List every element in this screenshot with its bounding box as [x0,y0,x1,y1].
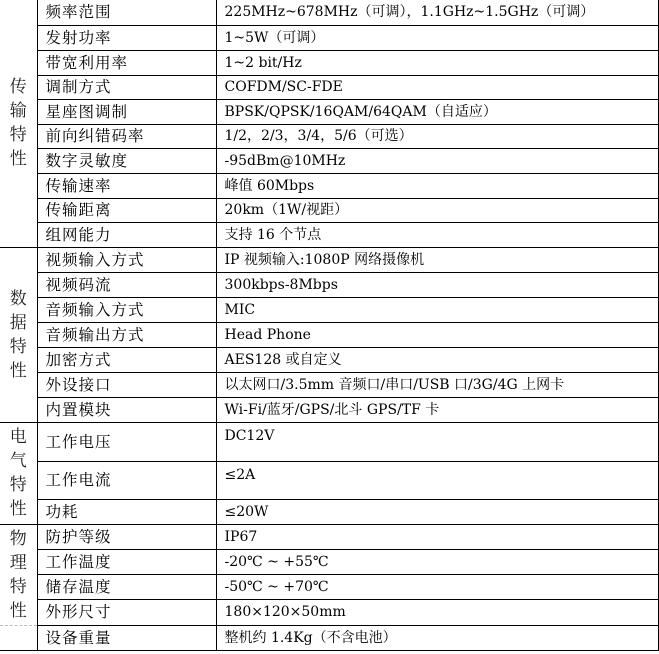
spec-value: 20km（1W/视距） [216,198,658,222]
table-row: 调制方式 COFDM/SC-FDE [0,75,658,99]
category-data: 数 据 特 性 [0,247,37,422]
spec-name: 调制方式 [37,75,216,99]
category-char: 特 [0,335,37,359]
spec-name: 发射功率 [37,25,216,50]
table-row: 工作温度 -20℃ ~ +55℃ [0,549,658,574]
table-row: 外设接口 以太网口/3.5mm 音频口/串口/USB 口/3G/4G 上网卡 [0,372,658,397]
spec-value: BPSK/QPSK/16QAM/64QAM（自适应） [216,99,658,124]
spec-value: 峰值 60Mbps [216,173,658,198]
spec-name: 带宽利用率 [37,50,216,75]
spec-name: 传输速率 [37,173,216,198]
spec-value: 225MHz~678MHz（可调），1.1GHz~1.5GHz（可调） [216,0,658,25]
spec-name: 防护等级 [37,524,216,549]
spec-name: 前向纠错码率 [37,124,216,148]
spec-value: ≤2A [216,461,658,499]
table-row: 发射功率 1~5W（可调） [0,25,658,50]
spec-name: 外设接口 [37,372,216,397]
spec-name: 内置模块 [37,397,216,422]
category-char: 数 [0,287,37,311]
table-row: 外形尺寸 180×120×50mm [0,599,658,625]
spec-value: Head Phone [216,322,658,347]
spec-value: DC12V [216,422,658,461]
spec-name: 音频输入方式 [37,297,216,322]
category-char: 特 [0,575,37,599]
table-row: 物 理 特 性 防护等级 IP67 [0,524,658,549]
category-char: 性 [0,497,37,521]
table-row: 设备重量 整机约 1.4Kg（不含电池） [0,625,658,650]
spec-name: 加密方式 [37,347,216,372]
table-row: 组网能力 支持 16 个节点 [0,222,658,247]
spec-value: Wi-Fi/蓝牙/GPS/北斗 GPS/TF 卡 [216,397,658,422]
spec-value: COFDM/SC-FDE [216,75,658,99]
category-char: 理 [0,551,37,575]
spec-name: 视频码流 [37,272,216,297]
category-blank [0,625,37,650]
table-row: 视频码流 300kbps-8Mbps [0,272,658,297]
spec-value: IP67 [216,524,658,549]
table-row: 传输距离 20km（1W/视距） [0,198,658,222]
spec-value: ≤20W [216,499,658,524]
table-row: 工作电流 ≤2A [0,461,658,499]
spec-name: 音频输出方式 [37,322,216,347]
spec-value: -95dBm@10MHz [216,148,658,173]
spec-name: 传输距离 [37,198,216,222]
table-row: 前向纠错码率 1/2，2/3，3/4，5/6（可选） [0,124,658,148]
category-char: 物 [0,527,37,551]
spec-value: 整机约 1.4Kg（不含电池） [216,625,658,650]
category-transmission: 传 输 特 性 [0,0,37,247]
category-char: 特 [0,123,37,147]
spec-value: AES128 或自定义 [216,347,658,372]
table-row: 数字灵敏度 -95dBm@10MHz [0,148,658,173]
spec-name: 星座图调制 [37,99,216,124]
spec-name: 外形尺寸 [37,599,216,625]
spec-value: 以太网口/3.5mm 音频口/串口/USB 口/3G/4G 上网卡 [216,372,658,397]
spec-value: 300kbps-8Mbps [216,272,658,297]
spec-value: -20℃ ~ +55℃ [216,549,658,574]
spec-name: 工作电压 [37,422,216,461]
table-row: 带宽利用率 1~2 bit/Hz [0,50,658,75]
table-row: 功耗 ≤20W [0,499,658,524]
table-row: 音频输入方式 MIC [0,297,658,322]
spec-value: IP 视频输入:1080P 网络摄像机 [216,247,658,272]
category-char: 气 [0,449,37,473]
spec-value: 支持 16 个节点 [216,222,658,247]
category-char: 电 [0,425,37,449]
table-row: 储存温度 -50℃ ~ +70℃ [0,574,658,599]
spec-value: 1~5W（可调） [216,25,658,50]
spec-name: 工作温度 [37,549,216,574]
spec-name: 功耗 [37,499,216,524]
spec-name: 设备重量 [37,625,216,650]
table-row: 电 气 特 性 工作电压 DC12V [0,422,658,461]
spec-name: 视频输入方式 [37,247,216,272]
table-row: 传输速率 峰值 60Mbps [0,173,658,198]
spec-value: 1~2 bit/Hz [216,50,658,75]
spec-name: 组网能力 [37,222,216,247]
table-row: 星座图调制 BPSK/QPSK/16QAM/64QAM（自适应） [0,99,658,124]
table-row: 传 输 特 性 频率范围 225MHz~678MHz（可调），1.1GHz~1.… [0,0,658,25]
spec-table: 传 输 特 性 频率范围 225MHz~678MHz（可调），1.1GHz~1.… [0,0,659,651]
category-char: 性 [0,147,37,171]
table-row: 音频输出方式 Head Phone [0,322,658,347]
spec-value: MIC [216,297,658,322]
category-electrical: 电 气 特 性 [0,422,37,524]
spec-value: -50℃ ~ +70℃ [216,574,658,599]
table-row: 加密方式 AES128 或自定义 [0,347,658,372]
category-char: 传 [0,75,37,99]
category-char: 性 [0,599,37,623]
spec-name: 储存温度 [37,574,216,599]
category-char: 输 [0,99,37,123]
spec-value: 180×120×50mm [216,599,658,625]
spec-value: 1/2，2/3，3/4，5/6（可选） [216,124,658,148]
table-row: 内置模块 Wi-Fi/蓝牙/GPS/北斗 GPS/TF 卡 [0,397,658,422]
category-char: 特 [0,473,37,497]
spec-name: 数字灵敏度 [37,148,216,173]
category-physical: 物 理 特 性 [0,524,37,625]
spec-name: 工作电流 [37,461,216,499]
spec-name: 频率范围 [37,0,216,25]
table-row: 数 据 特 性 视频输入方式 IP 视频输入:1080P 网络摄像机 [0,247,658,272]
category-char: 据 [0,311,37,335]
category-char: 性 [0,359,37,383]
